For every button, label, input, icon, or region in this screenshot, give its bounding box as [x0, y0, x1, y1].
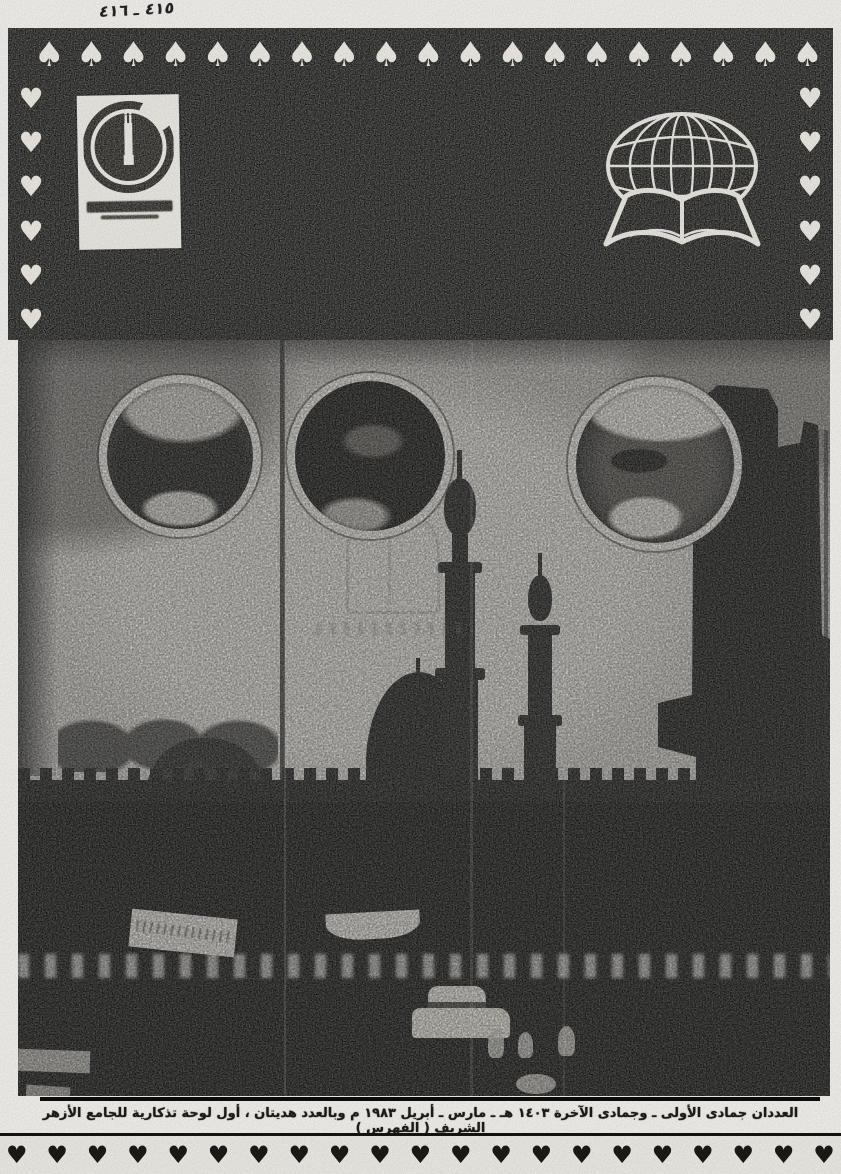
ornament-motif: ♠: [76, 38, 106, 72]
ornament-motif: ♠: [455, 38, 485, 72]
photo-edge-shadow: [18, 340, 830, 368]
ornament-motif: ♠: [118, 38, 148, 72]
ornament-motif: ♥: [18, 82, 43, 115]
ornament-motif: ♥: [813, 1143, 835, 1167]
ornament-motif: ♥: [652, 1143, 674, 1167]
ornament-motif: ♠: [371, 38, 401, 72]
car-roof: [428, 986, 486, 1010]
ornament-motif: ♠: [203, 38, 233, 72]
ornament-motif: ♠: [540, 38, 570, 72]
scanned-magazine-cover: ٤١٥ ـ ٤١٦ ♠♠♠♠♠♠♠♠♠♠♠♠♠♠♠♠♠♠♠ ♥♥♥♥♥♥ ♥♥♥…: [0, 0, 841, 1174]
ornament-motif: ♠: [245, 38, 275, 72]
ornament-motif: ♥: [797, 82, 822, 115]
ornament-border-left: ♥♥♥♥♥♥: [8, 82, 54, 336]
traffic-lights-band: [18, 954, 830, 978]
ornament-motif: ♥: [18, 259, 43, 292]
ornament-motif: ♥: [369, 1143, 391, 1167]
ornament-motif: ♥: [732, 1143, 754, 1167]
ornament-motif: ♥: [329, 1143, 351, 1167]
central-minaret-silhouette: [430, 450, 490, 802]
logo-calligraphy-bar: [87, 200, 173, 212]
second-minaret-silhouette: [514, 553, 566, 803]
ornament-motif: ♥: [6, 1143, 28, 1167]
ornament-border-top: ♠♠♠♠♠♠♠♠♠♠♠♠♠♠♠♠♠♠♠: [34, 30, 823, 80]
ornament-border-bottom-row: ♥♥♥♥♥♥♥♥♥♥♥♥♥♥♥♥♥♥♥♥♥: [6, 1140, 835, 1170]
photo-left-shadow: [18, 340, 58, 776]
ornament-motif: ♥: [571, 1143, 593, 1167]
ornament-motif: ♥: [692, 1143, 714, 1167]
banner-text-scribble: [136, 920, 231, 942]
ornament-motif: ♥: [797, 259, 822, 292]
ornamental-border-bottom: ♥♥♥♥♥♥♥♥♥♥♥♥♥♥♥♥♥♥♥♥♥: [0, 1133, 841, 1174]
ornament-motif: ♥: [167, 1143, 189, 1167]
ornament-motif: ♥: [18, 170, 43, 203]
ornament-motif: ♥: [797, 126, 822, 159]
pedestrian: [558, 1026, 575, 1056]
ornament-motif: ♠: [287, 38, 317, 72]
ornament-motif: ♠: [666, 38, 696, 72]
ornament-motif: ♥: [289, 1143, 311, 1167]
ornament-motif: ♠: [750, 38, 780, 72]
ornament-motif: ♠: [329, 38, 359, 72]
ornament-motif: ♥: [797, 303, 822, 336]
pedestrian: [518, 1032, 533, 1058]
ornament-motif: ♠: [34, 38, 64, 72]
ornament-motif: ♥: [18, 215, 43, 248]
ornament-motif: ♠: [624, 38, 654, 72]
ornament-motif: ♥: [87, 1143, 109, 1167]
caption-divider-rule: [40, 1097, 820, 1101]
ornament-motif: ♠: [708, 38, 738, 72]
magazine-logo-card: [77, 94, 182, 250]
crescent-minaret-icon: [83, 100, 175, 198]
ornament-motif: ♥: [410, 1143, 432, 1167]
pedestrian: [488, 1028, 504, 1058]
ornament-motif: ♥: [531, 1143, 553, 1167]
ornament-motif: ♥: [797, 170, 822, 203]
street-banner-right: [325, 910, 420, 942]
ornament-motif: ♠: [792, 38, 822, 72]
logo-small-text-bar: [101, 214, 159, 219]
ornament-motif: ♥: [450, 1143, 472, 1167]
ornament-border-right: ♥♥♥♥♥♥: [787, 82, 833, 336]
mosque-wall-crenellation: [18, 768, 830, 780]
ornament-motif: ♥: [18, 303, 43, 336]
ornament-motif: ♥: [208, 1143, 230, 1167]
globe-open-book-icon: [592, 108, 772, 260]
ornament-motif: ♥: [490, 1143, 512, 1167]
pedestrian: [516, 1074, 556, 1094]
sheikh-portrait-center: [287, 373, 453, 539]
street-banner-left: [128, 909, 237, 958]
ornament-motif: ♥: [46, 1143, 68, 1167]
ornamental-header-frame: ♠♠♠♠♠♠♠♠♠♠♠♠♠♠♠♠♠♠♠ ♥♥♥♥♥♥ ♥♥♥♥♥♥: [8, 28, 833, 340]
sheikh-portrait-right: [568, 377, 742, 551]
issue-caption: العددان جمادى الأولى ـ وجمادى الآخرة ١٤٠…: [30, 1106, 811, 1134]
cover-photograph: [18, 340, 830, 1096]
ornament-motif: ♥: [773, 1143, 795, 1167]
ornament-motif: ♥: [248, 1143, 270, 1167]
page-number-annotation: ٤١٥ ـ ٤١٦: [32, 0, 175, 32]
ornament-motif: ♠: [160, 38, 190, 72]
ornament-motif: ♥: [611, 1143, 633, 1167]
flagpole-silhouette: [280, 340, 285, 810]
ornament-motif: ♥: [18, 126, 43, 159]
ornament-motif: ♠: [413, 38, 443, 72]
light-blob: [18, 1049, 90, 1073]
street-scene: [18, 802, 830, 1096]
ornament-motif: ♥: [127, 1143, 149, 1167]
light-blob: [25, 1084, 70, 1096]
ornament-motif: ♠: [582, 38, 612, 72]
sheikh-portrait-left: [99, 375, 261, 537]
ornament-motif: ♥: [797, 215, 822, 248]
ornament-motif: ♠: [497, 38, 527, 72]
